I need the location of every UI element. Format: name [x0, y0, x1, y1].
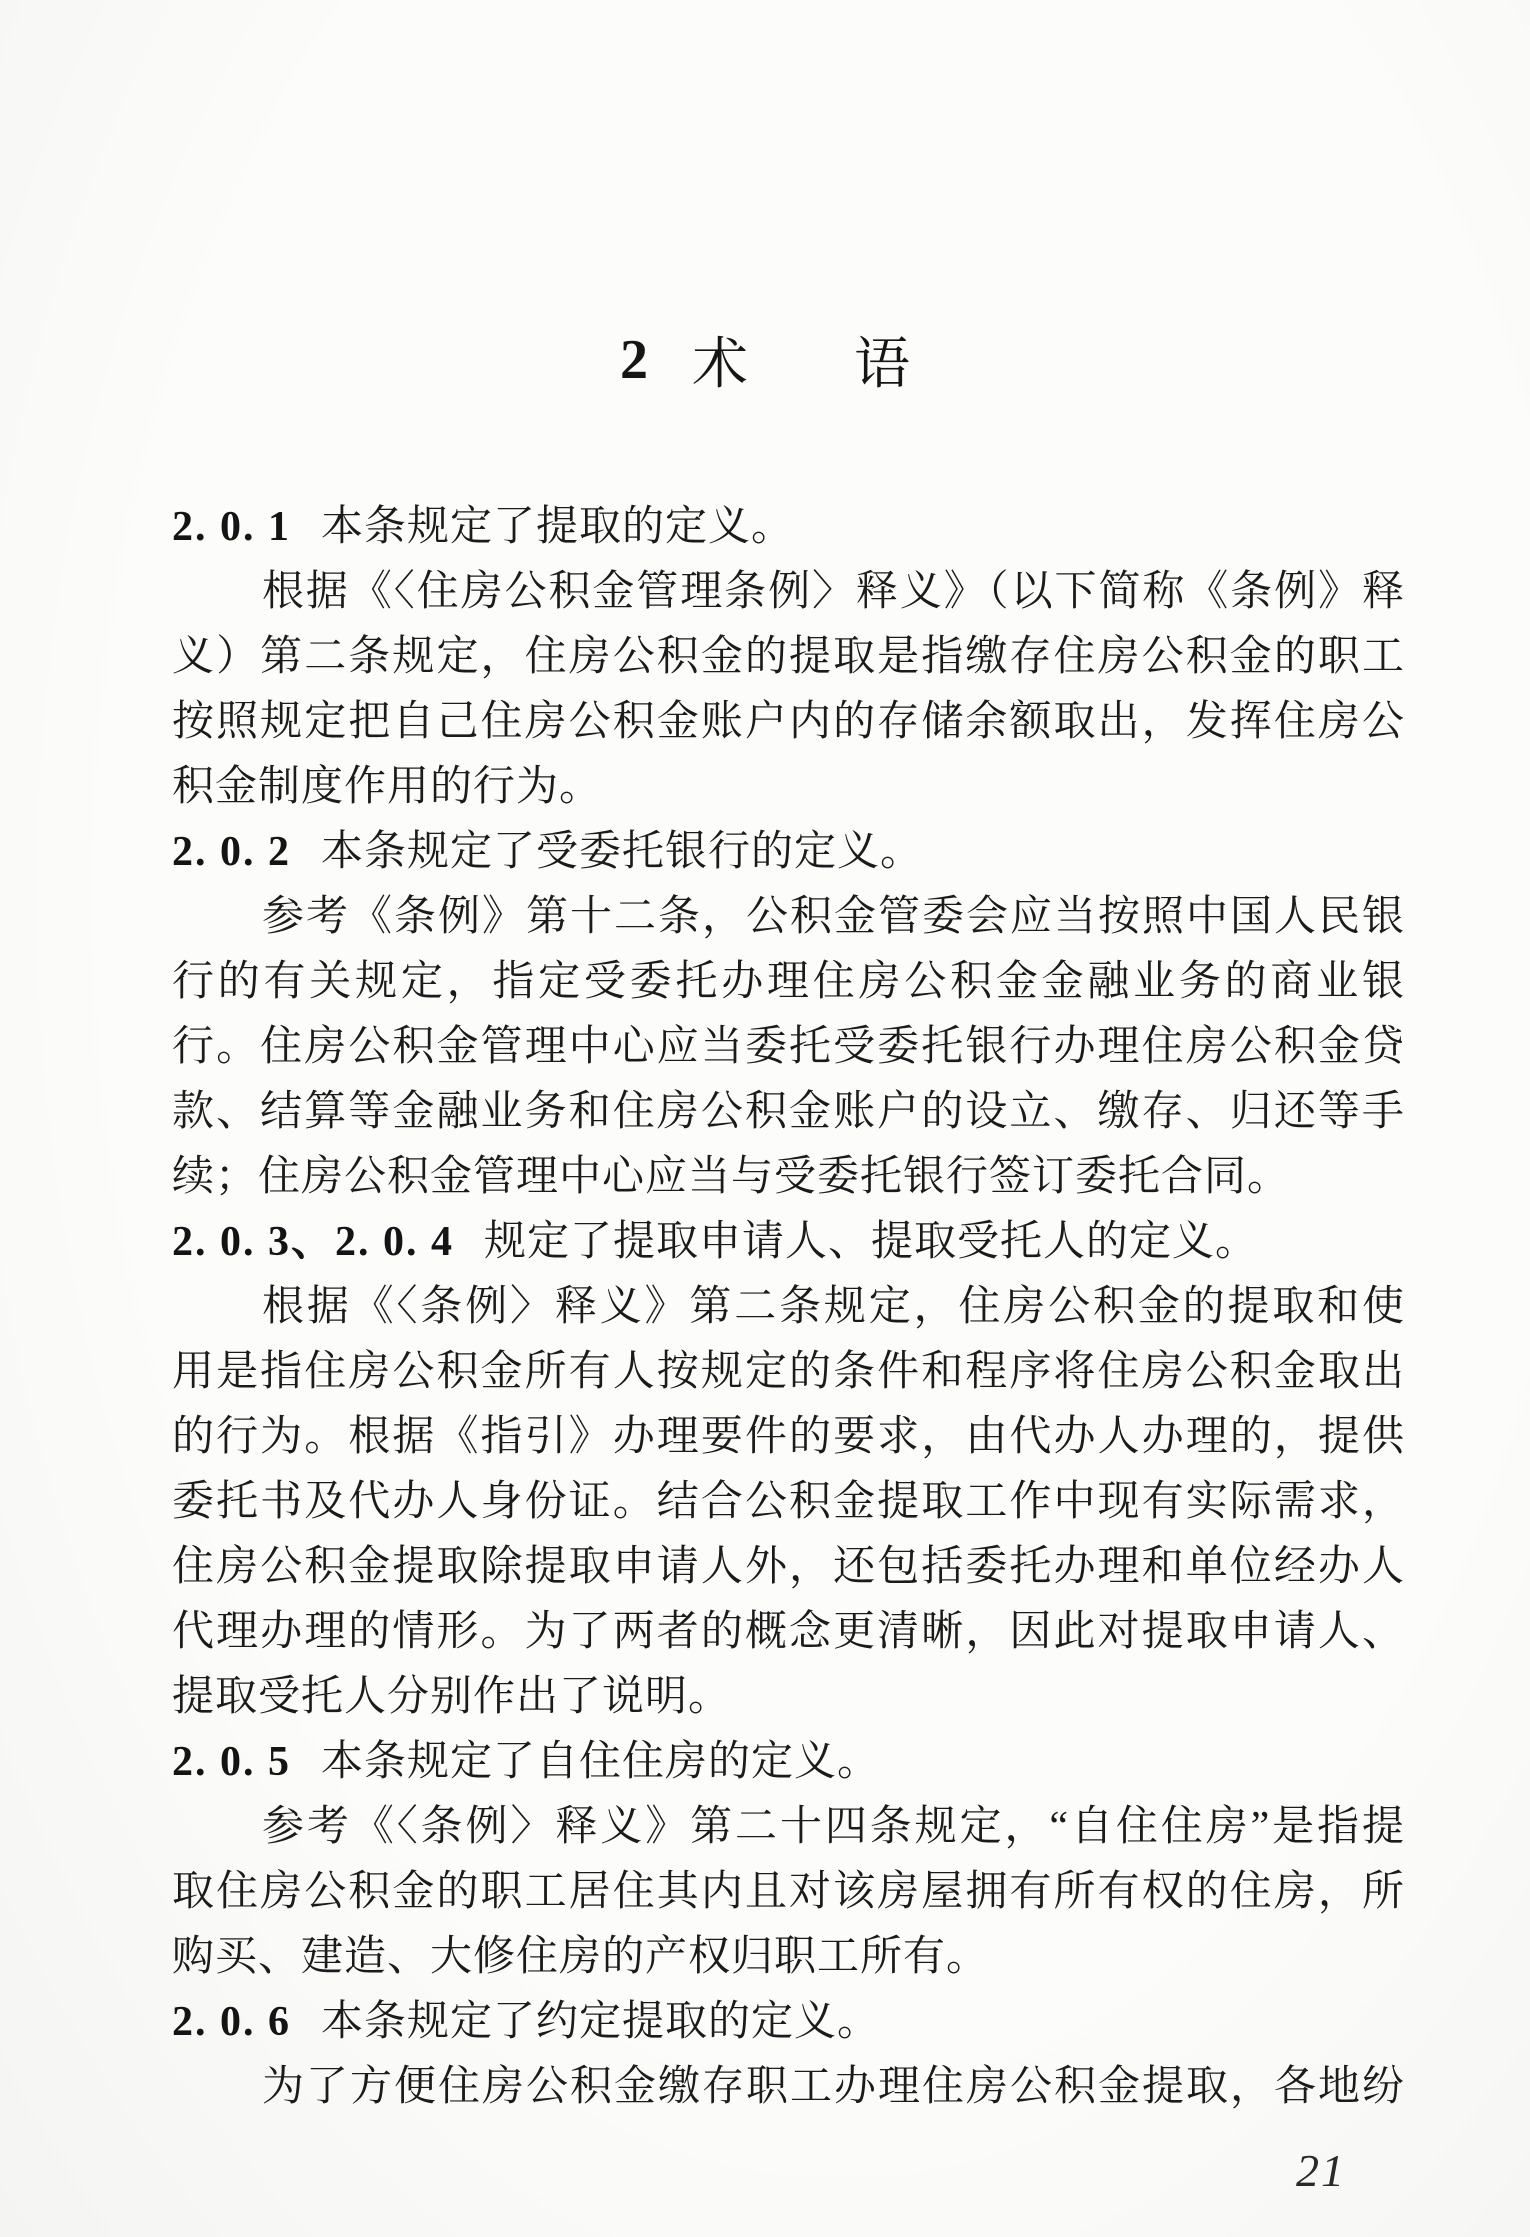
body-line: 根据《〈条例〉释义》第二条规定，住房公积金的提取和使 [172, 1275, 1405, 1340]
section-number: 2. 0. 1 [172, 504, 291, 550]
body-line: 积金制度作用的行为。 [172, 755, 1405, 820]
body-line: 代理办理的情形。为了两者的概念更清晰，因此对提取申请人、 [172, 1600, 1405, 1665]
body-line: 取住房公积金的职工居住其内且对该房屋拥有所有权的住房，所 [172, 1860, 1405, 1925]
section-heading-2-0-1: 2. 0. 1本条规定了提取的定义。 [172, 495, 1405, 560]
body-line: 委托书及代办人身份证。结合公积金提取工作中现有实际需求， [172, 1470, 1405, 1535]
section-heading-2-0-2: 2. 0. 2本条规定了受委托银行的定义。 [172, 820, 1405, 885]
section-number: 2. 0. 3、2. 0. 4 [172, 1219, 454, 1265]
section-heading-2-0-5: 2. 0. 5本条规定了自住住房的定义。 [172, 1730, 1405, 1795]
document-page: 2 术 语 2. 0. 1本条规定了提取的定义。 根据《〈住房公积金管理条例〉释… [0, 0, 1530, 2237]
chapter-title: 2 术 语 [0, 318, 1530, 402]
body-line: 购买、建造、大修住房的产权归职工所有。 [172, 1925, 1405, 1990]
body-line: 续；住房公积金管理中心应当与受委托银行签订委托合同。 [172, 1145, 1405, 1210]
section-heading-2-0-6: 2. 0. 6本条规定了约定提取的定义。 [172, 1990, 1405, 2055]
body-line: 用是指住房公积金所有人按规定的条件和程序将住房公积金取出 [172, 1340, 1405, 1405]
body-line: 款、结算等金融业务和住房公积金账户的设立、缴存、归还等手 [172, 1080, 1405, 1145]
page-number: 21 [1296, 2144, 1346, 2197]
section-heading-text: 本条规定了提取的定义。 [321, 504, 794, 550]
chapter-title-char-2: 语 [854, 320, 910, 400]
body-line: 提取受托人分别作出了说明。 [172, 1665, 1405, 1730]
chapter-title-char-1: 术 [692, 320, 748, 400]
body-text: 2. 0. 1本条规定了提取的定义。 根据《〈住房公积金管理条例〉释义》（以下简… [172, 495, 1405, 2120]
body-line: 根据《〈住房公积金管理条例〉释义》（以下简称《条例》释 [172, 560, 1405, 625]
body-line: 义）第二条规定，住房公积金的提取是指缴存住房公积金的职工 [172, 625, 1405, 690]
section-number: 2. 0. 5 [172, 1739, 291, 1785]
body-line: 为了方便住房公积金缴存职工办理住房公积金提取，各地纷 [172, 2055, 1405, 2120]
chapter-number: 2 [620, 328, 648, 392]
body-line: 住房公积金提取除提取申请人外，还包括委托办理和单位经办人 [172, 1535, 1405, 1600]
body-line: 参考《条例》第十二条，公积金管委会应当按照中国人民银 [172, 885, 1405, 950]
section-heading-text: 本条规定了受委托银行的定义。 [321, 829, 923, 875]
body-line: 的行为。根据《指引》办理要件的要求，由代办人办理的，提供 [172, 1405, 1405, 1470]
section-heading-text: 本条规定了自住住房的定义。 [321, 1739, 880, 1785]
section-heading-2-0-3-2-0-4: 2. 0. 3、2. 0. 4规定了提取申请人、提取受托人的定义。 [172, 1210, 1405, 1275]
body-line: 行。住房公积金管理中心应当委托受委托银行办理住房公积金贷 [172, 1015, 1405, 1080]
section-heading-text: 规定了提取申请人、提取受托人的定义。 [484, 1219, 1258, 1265]
body-line: 按照规定把自己住房公积金账户内的存储余额取出，发挥住房公 [172, 690, 1405, 755]
section-number: 2. 0. 6 [172, 1999, 291, 2045]
body-line: 行的有关规定，指定受委托办理住房公积金金融业务的商业银 [172, 950, 1405, 1015]
section-heading-text: 本条规定了约定提取的定义。 [321, 1999, 880, 2045]
body-line: 参考《〈条例〉释义》第二十四条规定，“自住住房”是指提 [172, 1795, 1405, 1860]
section-number: 2. 0. 2 [172, 829, 291, 875]
